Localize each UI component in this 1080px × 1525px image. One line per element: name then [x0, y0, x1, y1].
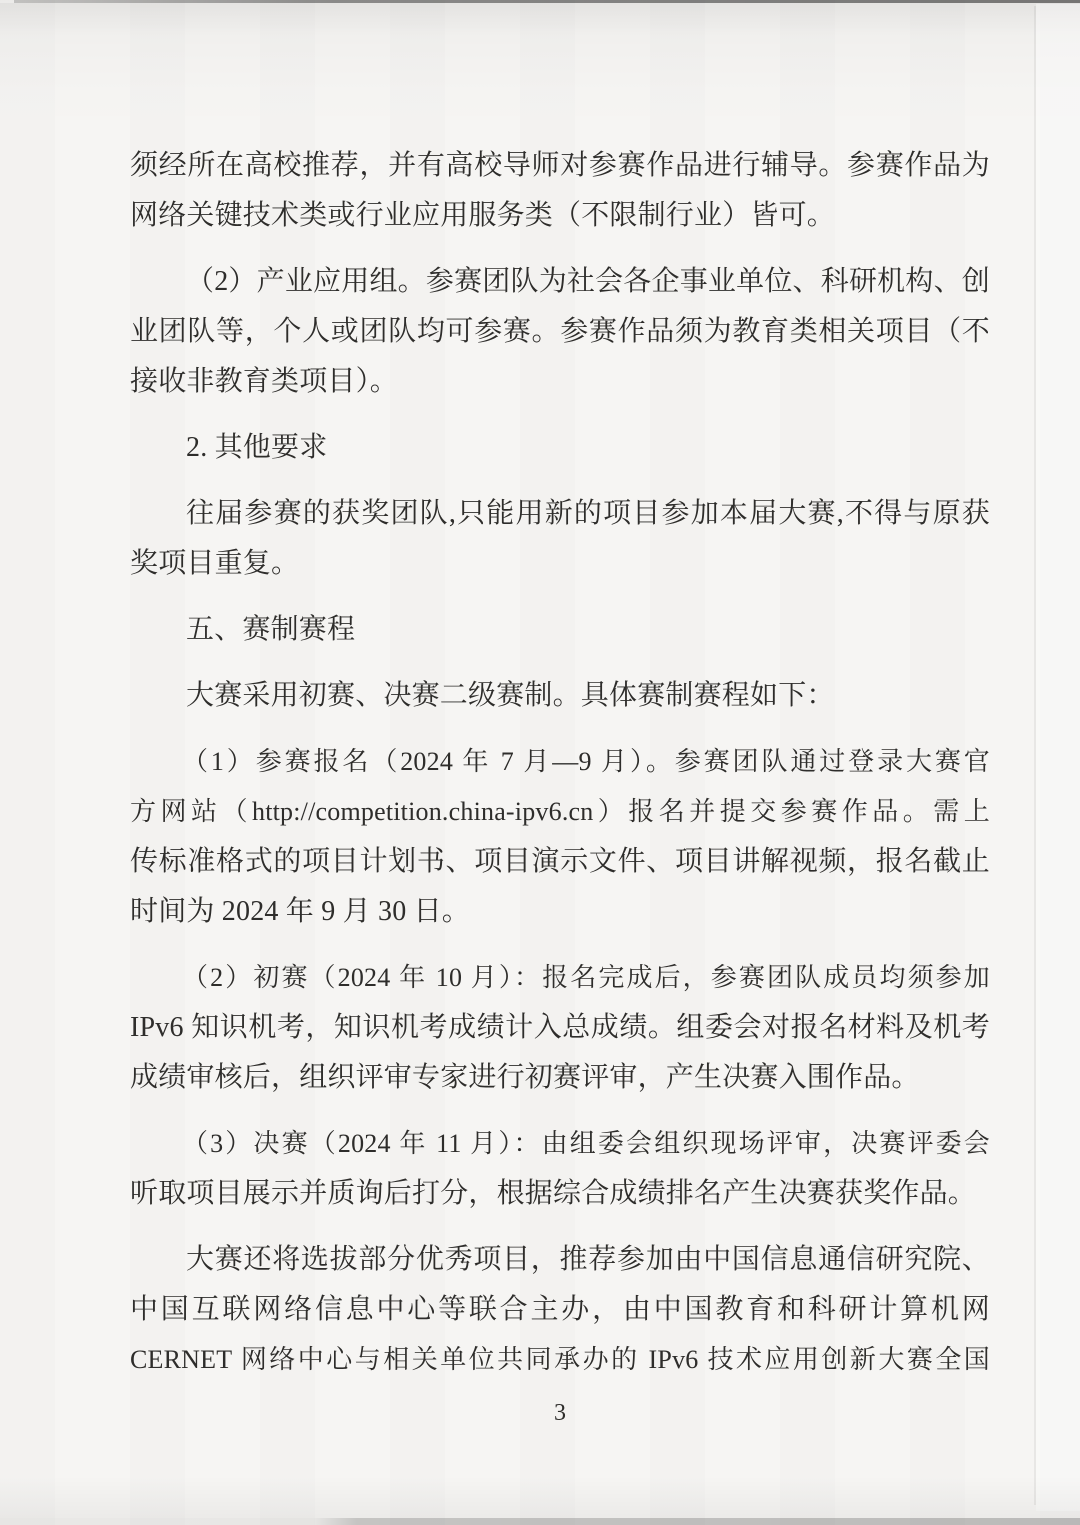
scan-top-shadow	[0, 3, 1080, 37]
paragraph-9: （3）决赛（2024 年 11 月）：由组委会组织现场评审，决赛评委会 听取项目…	[130, 1119, 990, 1219]
paragraph-1: 须经所在高校推荐，并有高校导师对参赛作品进行辅导。参赛作品为 网络关键技术类或行…	[130, 141, 990, 241]
text-line: 方网站（http://competition.china-ipv6.cn）报名并…	[130, 787, 990, 837]
text-line: 大赛还将选拔部分优秀项目，推荐参加由中国信息通信研究院、	[130, 1235, 990, 1285]
scan-bottom-edge	[0, 1518, 1080, 1525]
paragraph-2: （2）产业应用组。参赛团队为社会各企事业单位、科研机构、创 业团队等，个人或团队…	[130, 257, 990, 407]
text-line: 往届参赛的获奖团队,只能用新的项目参加本届大赛,不得与原获	[130, 489, 990, 539]
document-body: 须经所在高校推荐，并有高校导师对参赛作品进行辅导。参赛作品为 网络关键技术类或行…	[130, 141, 990, 1401]
paragraph-8: （2）初赛（2024 年 10 月）：报名完成后，参赛团队成员均须参加 IPv6…	[130, 953, 990, 1103]
scan-page-crease	[1034, 6, 1036, 1505]
text-line: CERNET 网络中心与相关单位共同承办的 IPv6 技术应用创新大赛全国	[130, 1335, 990, 1385]
text-line: 奖项目重复。	[130, 539, 990, 589]
text-line: （3）决赛（2024 年 11 月）：由组委会组织现场评审，决赛评委会	[130, 1119, 990, 1169]
document-page: 须经所在高校推荐，并有高校导师对参赛作品进行辅导。参赛作品为 网络关键技术类或行…	[0, 0, 1080, 1525]
scan-bottom-shadow	[0, 1476, 1080, 1518]
text-line: 中国互联网络信息中心等联合主办，由中国教育和科研计算机网	[130, 1285, 990, 1335]
text-line: 接收非教育类项目）。	[130, 357, 990, 407]
text-line: IPv6 知识机考，知识机考成绩计入总成绩。组委会对报名材料及机考	[130, 1003, 990, 1053]
text-line: 成绩审核后，组织评审专家进行初赛评审，产生决赛入围作品。	[130, 1053, 990, 1103]
text-line: （2）初赛（2024 年 10 月）：报名完成后，参赛团队成员均须参加	[130, 953, 990, 1003]
text-line: 须经所在高校推荐，并有高校导师对参赛作品进行辅导。参赛作品为	[130, 141, 990, 191]
paragraph-6: 大赛采用初赛、决赛二级赛制。具体赛制赛程如下：	[130, 671, 990, 721]
paragraph-3-subheading: 2. 其他要求	[130, 423, 990, 473]
paragraph-10: 大赛还将选拔部分优秀项目，推荐参加由中国信息通信研究院、 中国互联网络信息中心等…	[130, 1235, 990, 1385]
paragraph-7: （1）参赛报名（2024 年 7 月—9 月）。参赛团队通过登录大赛官 方网站（…	[130, 737, 990, 937]
text-line: 五、赛制赛程	[130, 605, 990, 655]
text-line: 网络关键技术类或行业应用服务类（不限制行业）皆可。	[130, 191, 990, 241]
scan-right-margin	[1036, 4, 1080, 1511]
text-line: 业团队等，个人或团队均可参赛。参赛作品须为教育类相关项目（不	[130, 307, 990, 357]
text-line: （1）参赛报名（2024 年 7 月—9 月）。参赛团队通过登录大赛官	[130, 737, 990, 787]
text-line: （2）产业应用组。参赛团队为社会各企事业单位、科研机构、创	[130, 257, 990, 307]
text-line: 大赛采用初赛、决赛二级赛制。具体赛制赛程如下：	[130, 671, 990, 721]
page-number: 3	[130, 1393, 990, 1433]
paragraph-5-section-heading: 五、赛制赛程	[130, 605, 990, 655]
text-line: 听取项目展示并质询后打分，根据综合成绩排名产生决赛获奖作品。	[130, 1169, 990, 1219]
text-line: 时间为 2024 年 9 月 30 日。	[130, 887, 990, 937]
text-line: 2. 其他要求	[130, 423, 990, 473]
paragraph-4: 往届参赛的获奖团队,只能用新的项目参加本届大赛,不得与原获 奖项目重复。	[130, 489, 990, 589]
text-line: 传标准格式的项目计划书、项目演示文件、项目讲解视频，报名截止	[130, 837, 990, 887]
